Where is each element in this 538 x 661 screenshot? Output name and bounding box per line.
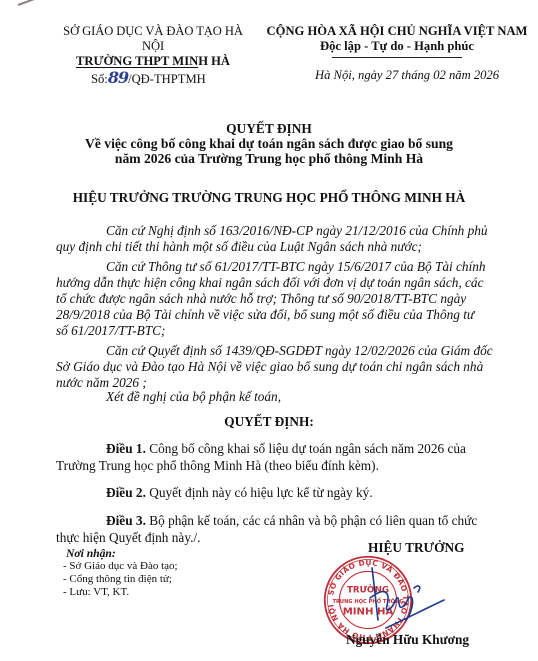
national-header: CỘNG HÒA XÃ HỘI CHỦ NGHĨA VIỆT NAM Độc l… [258,24,536,54]
article-text: Trường Trung học phổ thông Minh Hà (theo… [56,458,379,473]
decision-heading: QUYẾT ĐỊNH: [40,414,498,430]
handwritten-signature-icon [358,558,458,638]
document-number: Số:89/QĐ-THPTMH [91,68,206,87]
recipient-item: - Cổng thông tin điện tử; [63,573,178,586]
preamble-line: Sở Giáo dục và Đào tạo Hà Nội về việc gi… [56,359,502,375]
signer-name: Nguyễn Hữu Khương [346,632,469,648]
title-subtitle-1: Về việc công bố công khai dự toán ngân s… [40,136,498,151]
country-name: CỘNG HÒA XÃ HỘI CHỦ NGHĨA VIỆT NAM [258,24,536,39]
parent-organization: SỞ GIÁO DỤC VÀ ĐÀO TẠO HÀ NỘI [55,24,251,54]
preamble-line: quy định chi tiết thi hành một số điều c… [56,239,502,255]
article-label: Điều 3. [106,513,146,528]
issuing-agency-header: SỞ GIÁO DỤC VÀ ĐÀO TẠO HÀ NỘI TRƯỜNG THP… [55,24,251,69]
article-2: Điều 2. Quyết định này có hiệu lực kể từ… [66,484,502,501]
title-main: QUYẾT ĐỊNH [40,121,498,136]
title-subtitle-2: năm 2026 của Trường Trung học phổ thông … [40,151,498,166]
preamble-paragraph: Căn cứ Nghị định số 163/2016/NĐ-CP ngày … [66,223,502,255]
preamble-line: Căn cứ Quyết định số 1439/QĐ-SGDĐT ngày … [106,343,502,359]
pen-mark [18,0,43,6]
preamble-line: số 61/2017/TT-BTC; [56,323,502,339]
recipients-heading: Nơi nhận: [66,547,178,560]
national-motto: Độc lập - Tự do - Hạnh phúc [258,39,536,54]
preamble-line: Căn cứ Nghị định số 163/2016/NĐ-CP ngày … [106,223,502,239]
preamble-line: 28/9/2018 của Bộ Tài chính về việc sửa đ… [56,307,502,323]
article-text: Công bố công khai số liệu dự toán ngân s… [149,441,466,456]
preamble-line: Xét đề nghị của bộ phận kế toán, [106,389,502,405]
handwritten-number: 89 [108,68,128,87]
article-text: Bộ phận kế toán, các cá nhân và bộ phận … [149,513,477,528]
recipient-item: - Sở Giáo dục và Đào tạo; [63,560,178,573]
article-text: Quyết định này có hiệu lực kể từ ngày ký… [149,485,372,500]
article-text: thực hiện Quyết định này./. [56,530,200,545]
recipients: Nơi nhận: - Sở Giáo dục và Đào tạo; - Cổ… [63,547,178,599]
place-date: Hà Nội, ngày 27 tháng 02 năm 2026 [315,68,499,83]
recipient-item: - Lưu: VT, KT. [63,586,178,599]
preamble-line: Căn cứ Thông tư số 61/2017/TT-BTC ngày 1… [106,259,502,275]
preamble-paragraph: Căn cứ Thông tư số 61/2017/TT-BTC ngày 1… [66,259,502,339]
motto-underline [332,57,462,58]
article-label: Điều 2. [106,485,146,500]
document-title: QUYẾT ĐỊNH Về việc công bố công khai dự … [40,121,498,166]
authority-heading: HIỆU TRƯỞNG TRƯỜNG TRUNG HỌC PHỔ THÔNG M… [40,190,498,206]
preamble-line: hướng dẫn thực hiện công khai ngân sách … [56,275,502,291]
school-name: TRƯỜNG THPT MINH HÀ [55,54,251,69]
article-label: Điều 1. [106,441,146,456]
preamble-paragraph: Xét đề nghị của bộ phận kế toán, [66,389,502,405]
article-1: Điều 1. Công bố công khai số liệu dự toá… [66,440,502,474]
preamble-line: tổ chức được ngân sách nhà nước hỗ trợ; … [56,291,502,307]
preamble-paragraph: Căn cứ Quyết định số 1439/QĐ-SGDĐT ngày … [66,343,502,391]
